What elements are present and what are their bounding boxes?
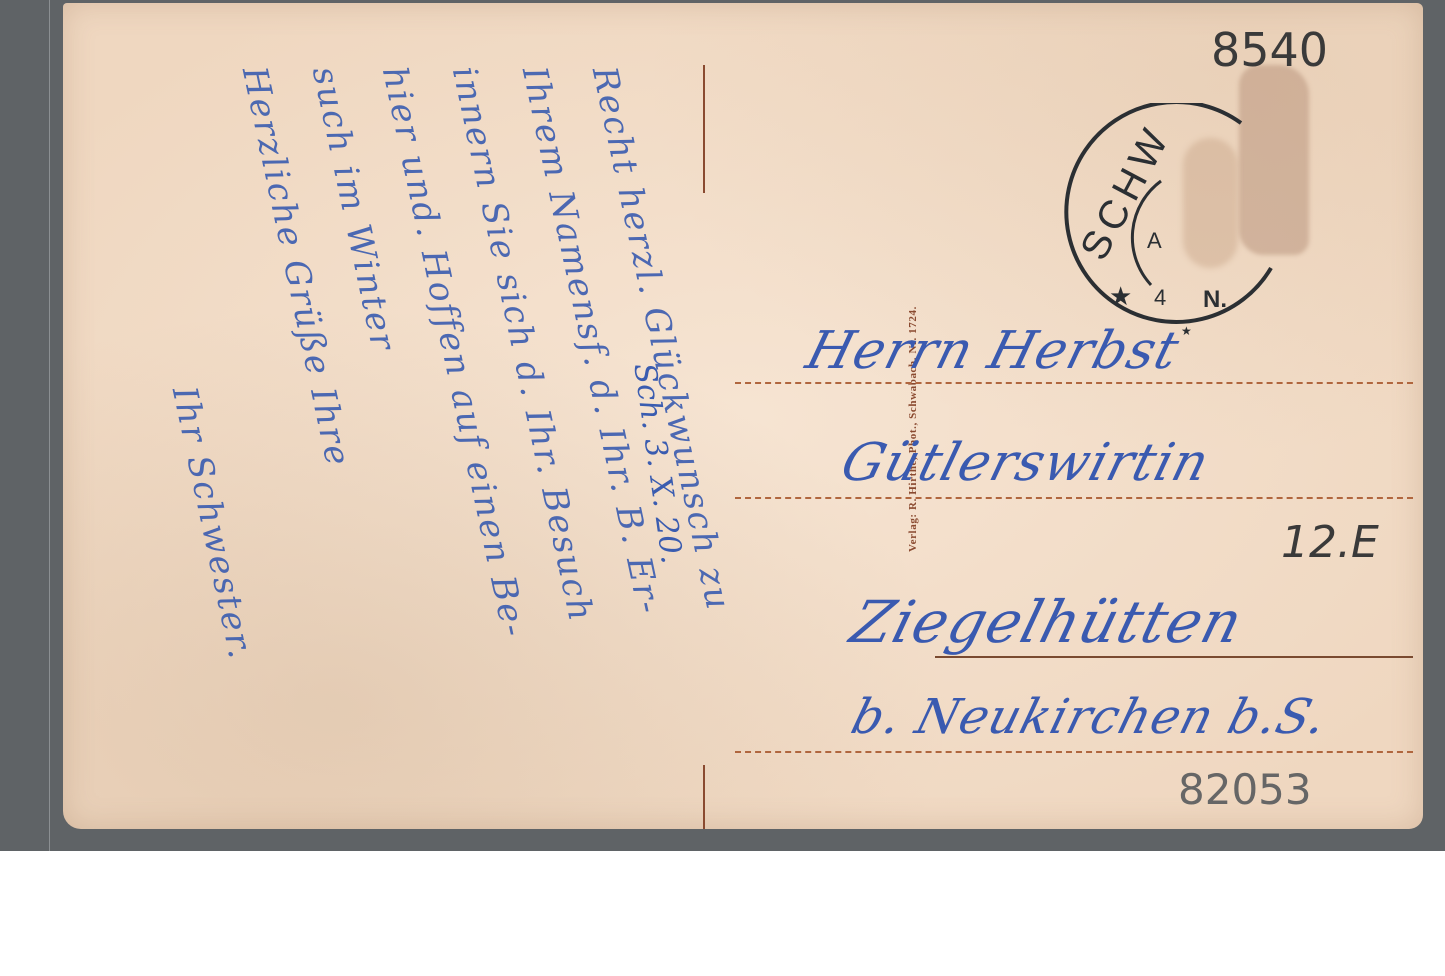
pencil-note-middle: 12.E	[1281, 517, 1379, 568]
postmark-town: SCHW	[1072, 117, 1179, 267]
postmark-bottom-number: 4	[1154, 285, 1166, 310]
address-town: Ziegelhütten	[844, 588, 1250, 656]
address-guide-line	[735, 497, 1413, 499]
address-line-4: b. Neukirchen b.S.	[845, 689, 1333, 745]
address-guide-line	[735, 382, 1413, 384]
scanner-guide-line	[49, 0, 50, 851]
star-icon: ★	[1109, 282, 1132, 312]
postcard: Verlag: R. Hirthe, Phot., Schwabach. Nr.…	[63, 3, 1423, 829]
postmark-suffix: N.	[1203, 286, 1227, 313]
address-guide-line	[735, 751, 1413, 753]
address-guide-line	[935, 656, 1413, 658]
star-icon: ★	[1181, 324, 1192, 338]
address-line-2: Gütlerswirtin	[835, 433, 1216, 493]
message-line: Ihr Schwester.	[164, 383, 261, 664]
postmark-cancellation: SCHW A ★ 4 N. ★	[1041, 103, 1281, 343]
pencil-note-top: 8540	[1211, 23, 1328, 77]
pencil-note-bottom: 82053	[1178, 765, 1312, 814]
postmark-letter: A	[1147, 228, 1162, 253]
